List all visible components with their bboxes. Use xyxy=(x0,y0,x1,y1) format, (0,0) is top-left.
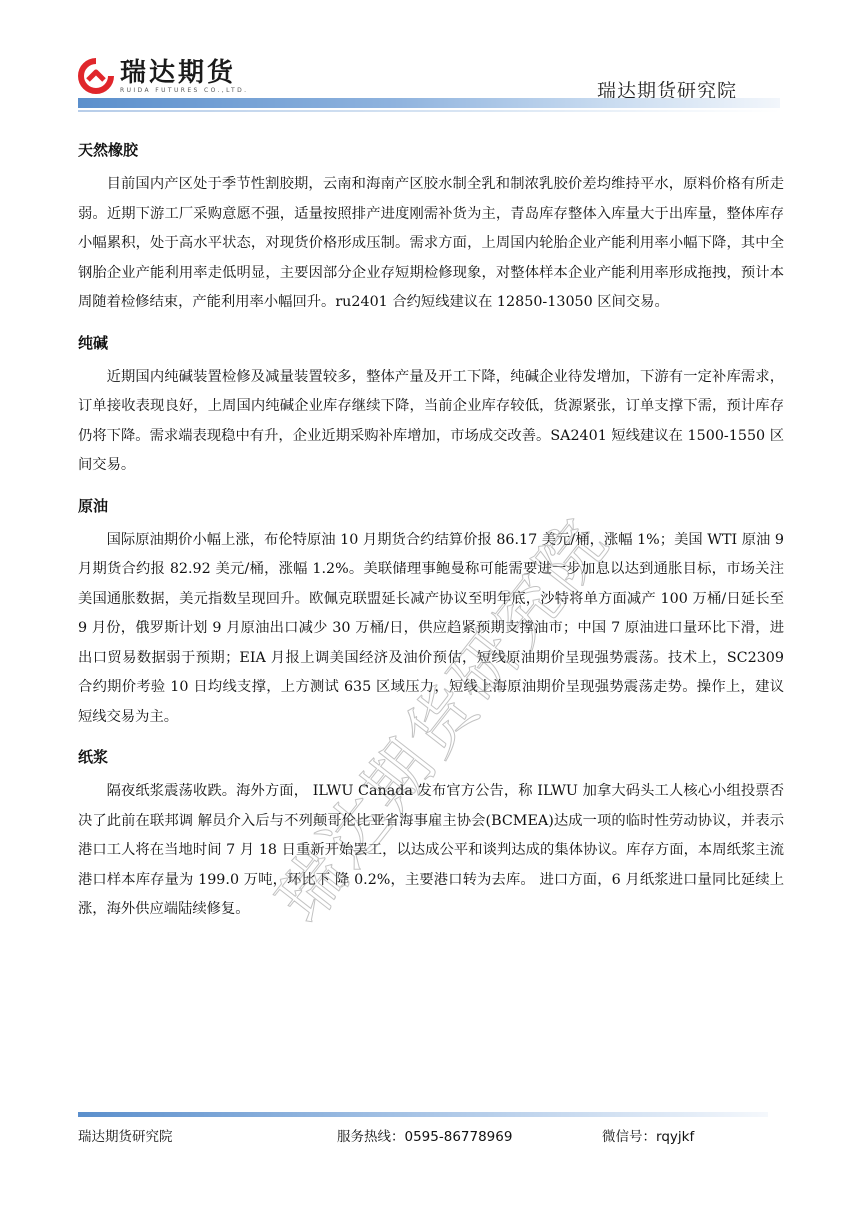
ruida-logo-icon xyxy=(76,58,116,94)
section-soda-ash: 纯碱 近期国内纯碱装置检修及减量装置较多，整体产量及开工下降，纯碱企业待发增加，… xyxy=(78,331,784,481)
footer-divider xyxy=(78,1112,768,1117)
section-body: 国际原油期价小幅上涨，布伦特原油 10 月期货合约结算价报 86.17 美元/桶… xyxy=(78,526,784,733)
footer-hotline: 服务热线：0595-86778969 xyxy=(337,1125,512,1145)
section-natural-rubber: 天然橡胶 目前国内产区处于季节性割胶期，云南和海南产区胶水制全乳和制浓乳胶价差均… xyxy=(78,138,784,318)
section-title: 天然橡胶 xyxy=(78,138,784,162)
company-logo: 瑞达期货 RUIDA FUTURES CO.,LTD. xyxy=(76,58,248,94)
section-body: 隔夜纸浆震荡收跌。海外方面， ILWU Canada 发布官方公告，称 ILWU… xyxy=(78,777,784,925)
section-crude-oil: 原油 国际原油期价小幅上涨，布伦特原油 10 月期货合约结算价报 86.17 美… xyxy=(78,494,784,733)
logo-english-name: RUIDA FUTURES CO.,LTD. xyxy=(120,87,248,94)
header-divider xyxy=(78,98,780,108)
section-title: 纯碱 xyxy=(78,331,784,355)
report-content: 天然橡胶 目前国内产区处于季节性割胶期，云南和海南产区胶水制全乳和制浓乳胶价差均… xyxy=(78,138,784,938)
logo-chinese-name: 瑞达期货 xyxy=(120,58,248,88)
section-pulp: 纸浆 隔夜纸浆震荡收跌。海外方面， ILWU Canada 发布官方公告，称 I… xyxy=(78,745,784,925)
footer-org: 瑞达期货研究院 xyxy=(78,1125,173,1145)
page-header: 瑞达期货 RUIDA FUTURES CO.,LTD. 瑞达期货研究院 xyxy=(0,0,860,125)
header-divider-thin xyxy=(78,110,780,112)
section-body: 近期国内纯碱装置检修及减量装置较多，整体产量及开工下降，纯碱企业待发增加，下游有… xyxy=(78,363,784,481)
section-body: 目前国内产区处于季节性割胶期，云南和海南产区胶水制全乳和制浓乳胶价差均维持平水，… xyxy=(78,170,784,318)
section-title: 纸浆 xyxy=(78,745,784,769)
footer-wechat: 微信号：rqyjkf xyxy=(602,1125,694,1145)
section-title: 原油 xyxy=(78,494,784,518)
